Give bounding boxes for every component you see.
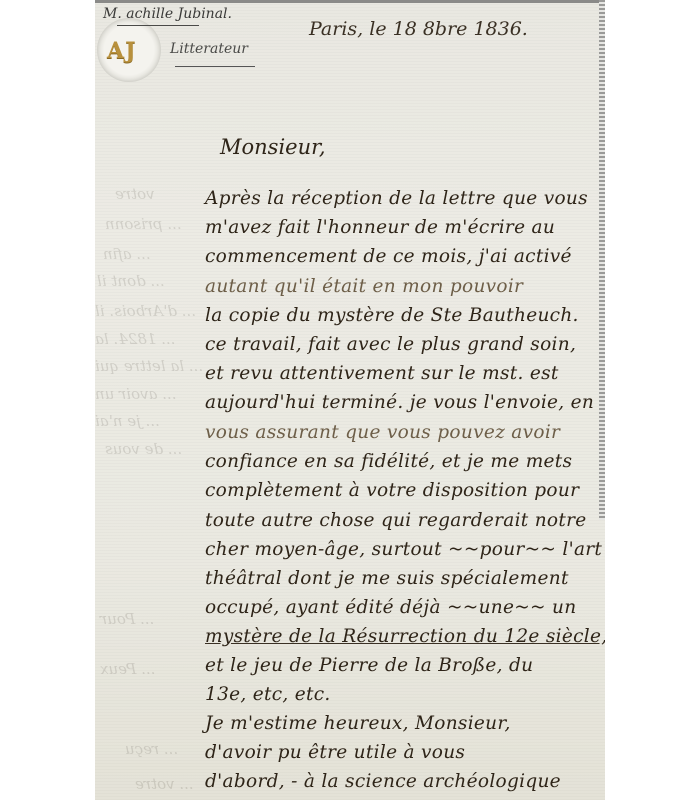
body-line: Après la réception de la lettre que vous [205, 188, 588, 209]
bleed-through-text: ... afin [103, 245, 151, 263]
dateline: Paris, le 18 8bre 1836. [309, 18, 528, 40]
bleed-through-text: ... votre [135, 775, 194, 793]
bleed-through-text: ... je n'ai [95, 412, 160, 430]
body-line: et le jeu de Pierre de la Broße, du [205, 655, 533, 676]
body-line-underlined: mystère de la Résurrection du 12e siècle… [205, 626, 605, 647]
bleed-through-text: ... de vous [105, 440, 182, 458]
body-line: 13e, etc, etc. [205, 684, 331, 705]
category-annotation: Litterateur [170, 41, 248, 57]
body-line: commencement de ce mois, j'ai activé [205, 246, 572, 267]
body-line: vous assurant que vous pouvez avoir [205, 422, 560, 443]
bleed-through-text: ... la lettre qui [95, 357, 203, 375]
scan-canvas: votre ... prisonn ... afin ... dont il .… [0, 0, 700, 800]
salutation: Monsieur, [220, 135, 326, 159]
bleed-through-text: ... d'Arbois. il [95, 302, 196, 320]
body-line: m'avez fait l'honneur de m'écrire au [205, 217, 555, 238]
bleed-through-text: ... 1824. la [95, 330, 176, 348]
author-annotation: M. achille Jubinal. [103, 6, 232, 22]
body-line: cher moyen-âge, surtout ~~pour~~ l'art [205, 539, 602, 560]
body-line: toute autre chose qui regarderait notre [205, 510, 586, 531]
bleed-through-text: ... Pour [100, 610, 154, 628]
paper-top-edge [95, 0, 605, 3]
body-line: et revu attentivement sur le mst. est [205, 363, 559, 384]
letter-paper: votre ... prisonn ... afin ... dont il .… [95, 0, 605, 800]
body-line: aujourd'hui terminé. je vous l'envoie, e… [205, 392, 594, 413]
annotation-rule [117, 25, 199, 26]
body-line: complètement à votre disposition pour [205, 480, 579, 501]
body-line: d'avoir pu être utile à vous [205, 742, 465, 763]
bleed-through-text: votre [115, 185, 155, 203]
category-rule [175, 66, 255, 67]
body-line: d'abord, - à la science archéologique [205, 771, 561, 792]
body-line: autant qu'il était en mon pouvoir [205, 276, 523, 297]
bleed-through-text: ... Peux [100, 660, 156, 678]
body-line: la copie du mystère de Ste Bautheuch. [205, 305, 579, 326]
bleed-through-text: ... avoir un [95, 385, 177, 403]
seal-monogram: AJ [107, 38, 136, 64]
body-line: occupé, ayant édité déjà ~~une~~ un [205, 597, 576, 618]
body-line: théâtral dont je me suis spécialement [205, 568, 569, 589]
body-line: confiance en sa fidélité, et je me mets [205, 451, 572, 472]
bleed-through-text: ... prisonn [105, 215, 182, 233]
body-line: ce travail, fait avec le plus grand soin… [205, 334, 576, 355]
bleed-through-text: ... dont il [97, 272, 165, 290]
bleed-through-text: ... reçu [125, 740, 178, 758]
paper-right-edge [599, 0, 605, 520]
embossed-seal-icon: AJ [97, 18, 161, 82]
body-line: Je m'estime heureux, Monsieur, [205, 713, 511, 734]
